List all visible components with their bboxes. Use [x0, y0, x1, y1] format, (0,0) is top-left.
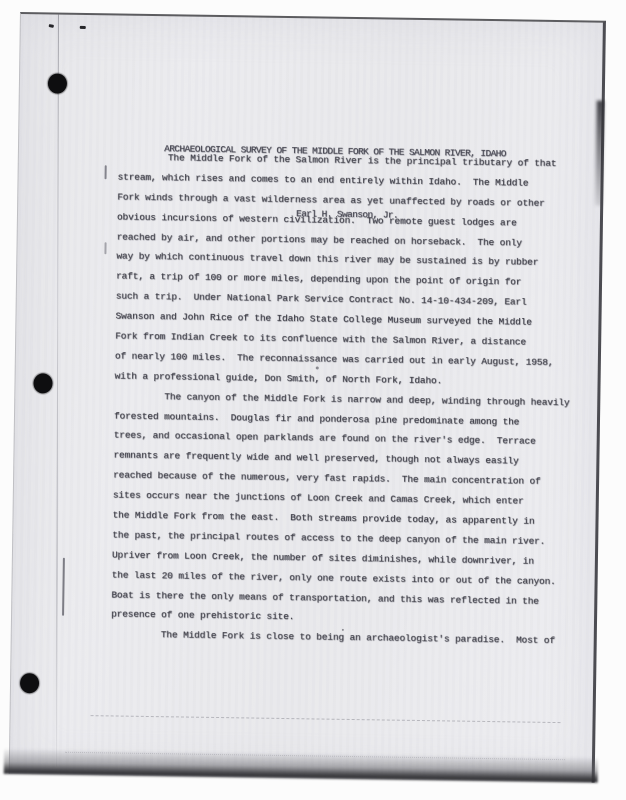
scan-speck	[316, 366, 319, 369]
scan-artifact-line	[91, 715, 561, 723]
scan-background: ARCHAEOLOGICAL SURVEY OF THE MIDDLE FORK…	[0, 0, 626, 800]
document-body: The Middle Fork of the Salmon River is t…	[111, 151, 580, 655]
hole-punch-top	[48, 73, 67, 93]
hole-punch-bottom	[20, 673, 39, 693]
scan-speck	[342, 629, 344, 631]
page-crease	[56, 15, 59, 767]
document-page: ARCHAEOLOGICAL SURVEY OF THE MIDDLE FORK…	[9, 12, 606, 783]
corner-mark	[80, 26, 86, 29]
margin-mark	[105, 165, 107, 179]
corner-mark	[49, 24, 54, 28]
margin-mark	[62, 558, 65, 616]
bottom-edge-shadow	[4, 748, 598, 783]
hole-punch-middle	[33, 373, 52, 393]
margin-mark	[104, 242, 106, 254]
right-edge-smudge	[595, 101, 604, 206]
